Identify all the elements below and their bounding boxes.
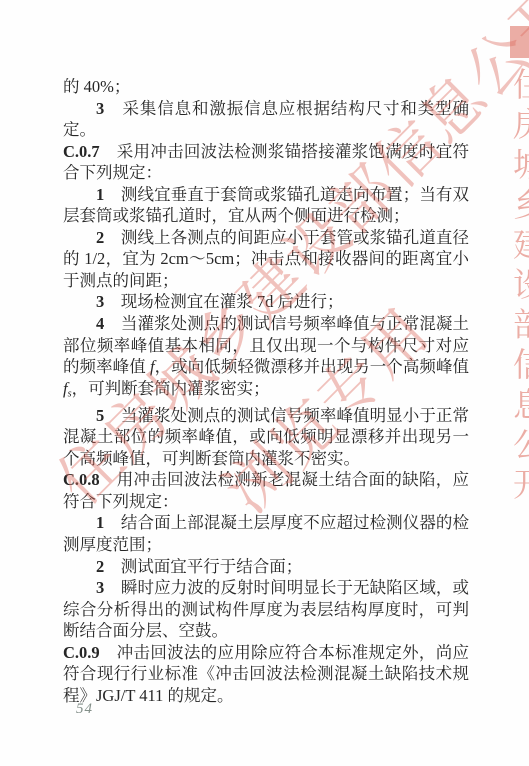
paragraph: C.0.9 冲击回波法的应用除应符合本标准规定外，尚应符合现行行业标准《冲击回波…	[63, 642, 469, 707]
clause-number: 3	[96, 99, 104, 118]
clause-number: 4	[96, 314, 104, 333]
paragraph: 4 当灌浆处测点的测试信号频率峰值与正常混凝土部位频率峰值基本相同，且仅出现一个…	[63, 313, 469, 405]
paragraph: 的 40%；	[63, 76, 469, 98]
paragraph: 2 测线上各测点的间距应小于套管或浆锚孔道直径的 1/2，宜为 2cm～5cm；…	[63, 227, 469, 292]
page-number: 54	[76, 701, 93, 718]
paragraph: C.0.8 用冲击回波法检测新老混凝土结合面的缺陷，应符合下列规定：	[63, 469, 469, 512]
paragraph: C.0.7 采用冲击回波法检测浆锚搭接灌浆饱满度时宜符合下列规定：	[63, 141, 469, 184]
clause-text: 瞬时应力波的反射时间明显长于无缺陷区域，或综合分析得出的测试构件厚度为表层结构厚…	[63, 578, 469, 640]
paragraph: 3 瞬时应力波的反射时间明显长于无缺陷区域，或综合分析得出的测试构件厚度为表层结…	[63, 577, 469, 642]
clause-text: 用冲击回波法检测新老混凝土结合面的缺陷，应符合下列规定：	[63, 470, 469, 511]
clause-text: 当灌浆处测点的测试信号频率峰值明显小于正常混凝土部位的频率峰值，或向低频明显漂移…	[63, 406, 469, 468]
paragraph: 3 采集信息和激振信息应根据结构尺寸和类型确定。	[63, 98, 469, 141]
clause-text: 测线宜垂直于套筒或浆锚孔道走向布置；当有双层套筒或浆锚孔道时，宜从两个侧面进行检…	[63, 185, 469, 226]
clause-text: 现场检测宜在灌浆 7d 后进行；	[104, 292, 343, 311]
clause-text: 冲击回波法的应用除应符合本标准规定外，尚应符合现行行业标准《冲击回波法检测混凝土…	[63, 643, 469, 705]
clause-text: 的 40%；	[63, 77, 130, 96]
watermark-edge-column: 住房城乡建设部信息公开	[508, 26, 529, 507]
clause-number: 2	[96, 228, 104, 247]
paragraph: 2 测试面宜平行于结合面；	[63, 556, 469, 578]
document-page: 住房城乡建设部信息公开 浏览专用 住房城乡建设部信息公开 的 40%；3 采集信…	[0, 0, 529, 766]
paragraph: 3 现场检测宜在灌浆 7d 后进行；	[63, 291, 469, 313]
paragraph: 1 测线宜垂直于套筒或浆锚孔道走向布置；当有双层套筒或浆锚孔道时，宜从两个侧面进…	[63, 184, 469, 227]
paragraph: 1 结合面上部混凝土层厚度不应超过检测仪器的检测厚度范围；	[63, 512, 469, 555]
clause-text: 采用冲击回波法检测浆锚搭接灌浆饱满度时宜符合下列规定：	[63, 142, 469, 183]
document-text: 的 40%；3 采集信息和激振信息应根据结构尺寸和类型确定。C.0.7 采用冲击…	[63, 76, 469, 706]
clause-number: C.0.9	[63, 643, 100, 662]
clause-text: 采集信息和激振信息应根据结构尺寸和类型确定。	[63, 99, 469, 140]
clause-number: 3	[96, 292, 104, 311]
clause-number: C.0.7	[63, 142, 100, 161]
clause-number: 2	[96, 557, 104, 576]
clause-text: 测试面宜平行于结合面；	[104, 557, 302, 576]
clause-number: C.0.8	[63, 470, 100, 489]
clause-number: 5	[96, 406, 104, 425]
clause-number: 1	[96, 513, 104, 532]
clause-number: 3	[96, 578, 104, 597]
watermark-edge-square	[510, 26, 529, 58]
watermark-edge-text: 住房城乡建设部信息公开	[508, 67, 529, 507]
clause-text: 结合面上部混凝土层厚度不应超过检测仪器的检测厚度范围；	[63, 513, 469, 554]
clause-number: 1	[96, 185, 104, 204]
clause-text: ，或向低频轻微漂移并出现另一个高频峰值	[155, 357, 469, 376]
clause-text: 测线上各测点的间距应小于套管或浆锚孔道直径的 1/2，宜为 2cm～5cm；冲击…	[63, 228, 469, 290]
clause-text: ，可判断套筒内灌浆密实；	[72, 379, 270, 398]
paragraph: 5 当灌浆处测点的测试信号频率峰值明显小于正常混凝土部位的频率峰值，或向低频明显…	[63, 405, 469, 470]
